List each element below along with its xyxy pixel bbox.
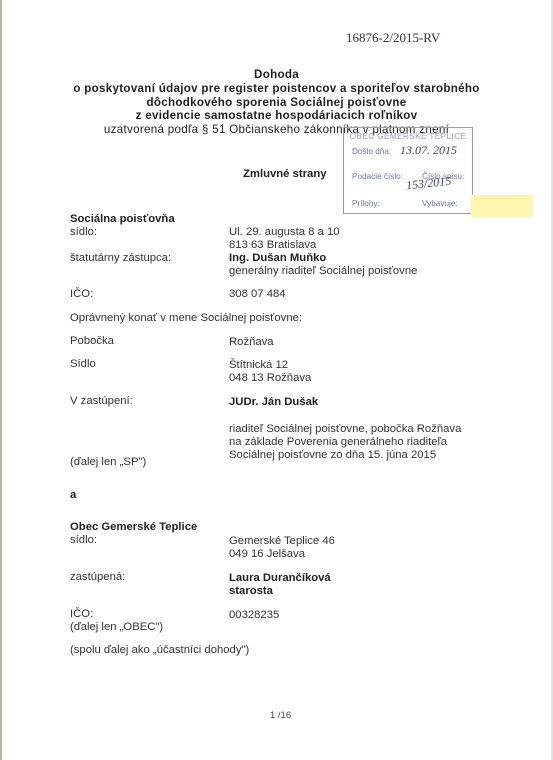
party1-representative-role: generálny riaditeľ Sociálnej poisťovne <box>229 265 417 277</box>
parties-alias: (spolu ďalej ako „účastníci dohody") <box>70 644 249 656</box>
party2-seat-label: sídlo: <box>70 534 97 546</box>
title-line-4: z evidencie samostatne hospodáriacich ro… <box>0 109 553 123</box>
party1-represented-by-role-3: Sociálnej poisťovne zo dňa 15. júna 2015 <box>229 449 436 461</box>
stamp-attachments-label: Prílohy: <box>352 199 380 208</box>
reference-number: 16876-2/2015-RV <box>346 30 440 46</box>
party1-branch-seat-line2: 048 13 Rožňava <box>229 372 311 384</box>
stamp-header: OBEC GEMERSKÉ TEPLICE <box>344 132 472 141</box>
party1-authorized-text: Oprávnený konať v mene Sociálnej poisťov… <box>70 312 302 324</box>
party2-seat-line1: Gemerské Teplice 46 <box>229 535 335 547</box>
party2-ico-value: 00328235 <box>229 609 279 621</box>
party1-represented-by-name: JUDr. Ján Dušak <box>229 396 318 408</box>
party1-representative-name: Ing. Dušan Muňko <box>229 252 326 264</box>
party1-represented-by-role-2: na základe Poverenia generálneho riadite… <box>229 436 447 448</box>
party1-represented-by-label: V zastúpení: <box>70 395 133 407</box>
page-number: 1 /16 <box>270 710 291 721</box>
party2-name: Obec Gemerské Teplice <box>70 521 197 533</box>
party1-ico-label: IČO: <box>70 288 93 300</box>
party1-alias: (ďalej len „SP") <box>70 456 146 468</box>
conjunction: a <box>70 489 76 501</box>
title-line-2: o poskytovaní údajov pre register poiste… <box>0 82 553 96</box>
party2-ico-label: IČO: <box>70 608 93 620</box>
stamp-received-label: Došlo dňa: <box>352 147 391 156</box>
party1-representative-label: štatutárny zástupca: <box>70 252 171 264</box>
title-line-3: dôchodkového sporenia Sociálnej poisťovn… <box>0 96 553 110</box>
stamp-received-date-handwritten: 13.07. 2015 <box>400 143 457 158</box>
stamp-filing-number-label: Podacie číslo: <box>352 172 403 181</box>
party1-name: Sociálna poisťovňa <box>70 213 175 225</box>
party2-seat-line2: 049 16 Jelšava <box>229 548 305 560</box>
party2-represented-name: Laura Durančíková <box>229 572 331 584</box>
party1-branch-label: Pobočka <box>70 335 114 347</box>
document-title: Dohoda <box>0 68 553 82</box>
party1-branch-seat-line1: Štítnická 12 <box>229 359 288 371</box>
party1-branch-seat-label: Sídlo <box>70 358 96 370</box>
party1-represented-by-role-1: riaditeľ Sociálnej poisťovne, pobočka Ro… <box>229 423 461 435</box>
party1-seat-line2: 813 63 Bratislava <box>229 239 316 251</box>
party2-represented-role: starosta <box>229 585 273 597</box>
stamp-handled-by-label: Vybavuje: <box>422 199 458 208</box>
section-heading: Zmluvné strany <box>243 168 327 180</box>
party2-represented-label: zastúpená: <box>70 571 125 583</box>
party1-branch-value: Rožňava <box>229 336 274 348</box>
redaction-highlight <box>471 195 533 217</box>
party1-seat-line1: Ul. 29. augusta 8 a 10 <box>229 226 340 238</box>
party1-ico-value: 308 07 484 <box>229 288 286 300</box>
party1-seat-label: sídlo: <box>70 226 97 238</box>
party2-alias: (ďalej len „OBEC") <box>70 621 163 633</box>
registry-stamp: OBEC GEMERSKÉ TEPLICE Došlo dňa: Podacie… <box>343 127 473 214</box>
